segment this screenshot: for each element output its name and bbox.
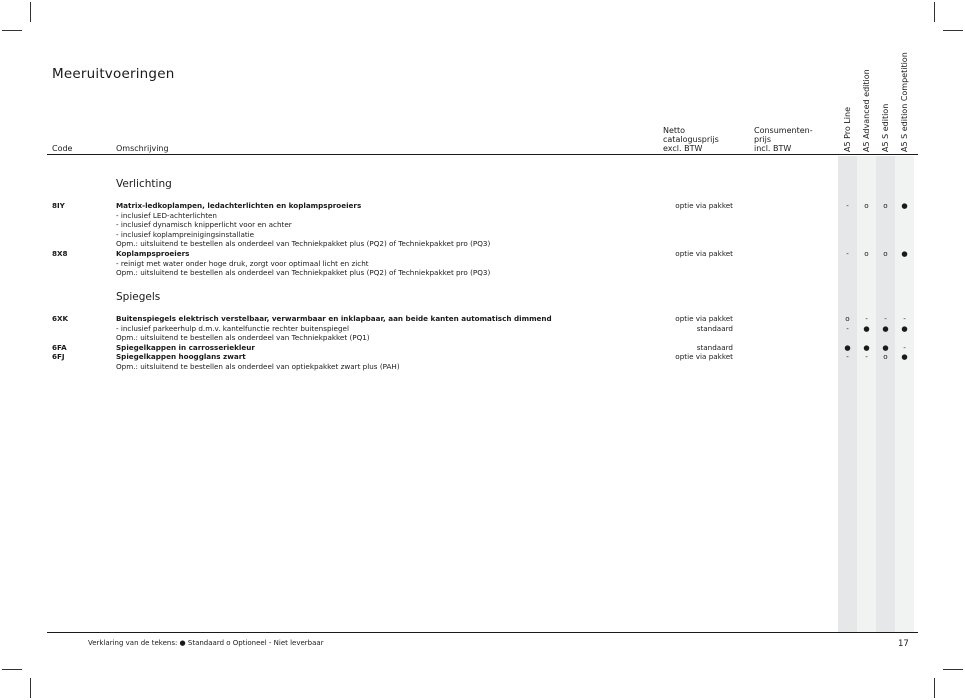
- price-value: standaard: [650, 324, 733, 334]
- column-stripe: [857, 156, 876, 632]
- optional-mark: o: [876, 249, 895, 259]
- unavailable-mark: -: [895, 314, 914, 324]
- crop-mark: [30, 678, 31, 698]
- header-netto-line: Netto: [663, 126, 719, 135]
- optional-mark: o: [838, 314, 857, 324]
- option-code: 8IY: [52, 201, 65, 211]
- page-number: 17: [898, 639, 909, 649]
- unavailable-mark: -: [838, 201, 857, 211]
- crop-mark: [30, 2, 31, 22]
- optional-mark: o: [857, 249, 876, 259]
- price-value: optie via pakket: [650, 352, 733, 362]
- header-description: Omschrijving: [116, 144, 169, 153]
- standard-mark: ●: [876, 324, 895, 334]
- header-consument-line: incl. BTW: [754, 144, 813, 153]
- unavailable-mark: -: [857, 352, 876, 362]
- option-detail: Opm.: uitsluitend te bestellen als onder…: [116, 333, 552, 343]
- standard-mark: ●: [895, 201, 914, 211]
- crop-mark: [2, 30, 22, 31]
- price-value: optie via pakket: [650, 249, 733, 259]
- option-detail: - inclusief parkeerhulp d.m.v. kantelfun…: [116, 324, 552, 334]
- footer-rule: [47, 632, 918, 633]
- page-title: Meeruitvoeringen: [52, 66, 174, 82]
- header-model: A5 Advanced edition: [862, 69, 871, 152]
- section-title: Spiegels: [116, 291, 160, 303]
- option-detail: Opm.: uitsluitend te bestellen als onder…: [116, 268, 490, 278]
- unavailable-mark: -: [838, 249, 857, 259]
- header-model: A5 S edition: [881, 104, 890, 152]
- option-description: Koplampsproeiers- reinigt met water onde…: [116, 249, 490, 278]
- crop-mark: [934, 2, 935, 22]
- option-code: 6FJ: [52, 352, 65, 362]
- option-title: Spiegelkappen hoogglans zwart: [116, 352, 400, 362]
- option-code: 8X8: [52, 249, 68, 259]
- legend: Verklaring van de tekens: ● Standaard o …: [88, 639, 324, 647]
- crop-mark: [943, 669, 963, 670]
- option-detail: Opm.: uitsluitend te bestellen als onder…: [116, 362, 400, 372]
- column-stripe: [876, 156, 895, 632]
- unavailable-mark: -: [857, 314, 876, 324]
- header-netto-line: catalogusprijs: [663, 135, 719, 144]
- column-stripe: [895, 156, 914, 632]
- price-value: optie via pakket: [650, 314, 733, 324]
- option-detail: - inclusief LED-achterlichten: [116, 211, 490, 221]
- header-rule: [47, 154, 918, 155]
- standard-mark: ●: [895, 249, 914, 259]
- standard-mark: ●: [895, 324, 914, 334]
- header-netto-line: excl. BTW: [663, 144, 719, 153]
- header-model: A5 S edition Competition: [900, 52, 909, 152]
- option-title: Buitenspiegels elektrisch verstelbaar, v…: [116, 314, 552, 324]
- crop-mark: [2, 669, 22, 670]
- header-consument: Consumenten- prijs incl. BTW: [754, 126, 813, 153]
- option-description: Matrix-ledkoplampen, ledachterlichten en…: [116, 201, 490, 249]
- option-description: Buitenspiegels elektrisch verstelbaar, v…: [116, 314, 552, 343]
- header-model: A5 Pro Line: [843, 107, 852, 152]
- unavailable-mark: -: [838, 324, 857, 334]
- standard-mark: ●: [895, 352, 914, 362]
- option-detail: - inclusief dynamisch knipperlicht voor …: [116, 220, 490, 230]
- option-title: Koplampsproeiers: [116, 249, 490, 259]
- option-code: 6XK: [52, 314, 68, 324]
- option-description: Spiegelkappen hoogglans zwartOpm.: uitsl…: [116, 352, 400, 371]
- option-title: Matrix-ledkoplampen, ledachterlichten en…: [116, 201, 490, 211]
- optional-mark: o: [876, 352, 895, 362]
- header-netto: Netto catalogusprijs excl. BTW: [663, 126, 719, 153]
- section-title: Verlichting: [116, 178, 172, 190]
- price-value: optie via pakket: [650, 201, 733, 211]
- header-consument-line: prijs: [754, 135, 813, 144]
- unavailable-mark: -: [876, 314, 895, 324]
- header-consument-line: Consumenten-: [754, 126, 813, 135]
- option-detail: - inclusief koplampreinigingsinstallatie: [116, 230, 490, 240]
- crop-mark: [934, 678, 935, 698]
- column-stripe: [838, 156, 857, 632]
- crop-mark: [943, 30, 963, 31]
- option-detail: - reinigt met water onder hoge druk, zor…: [116, 259, 490, 269]
- standard-mark: ●: [857, 324, 876, 334]
- optional-mark: o: [857, 201, 876, 211]
- header-code: Code: [52, 144, 72, 153]
- optional-mark: o: [876, 201, 895, 211]
- option-detail: Opm.: uitsluitend te bestellen als onder…: [116, 239, 490, 249]
- unavailable-mark: -: [838, 352, 857, 362]
